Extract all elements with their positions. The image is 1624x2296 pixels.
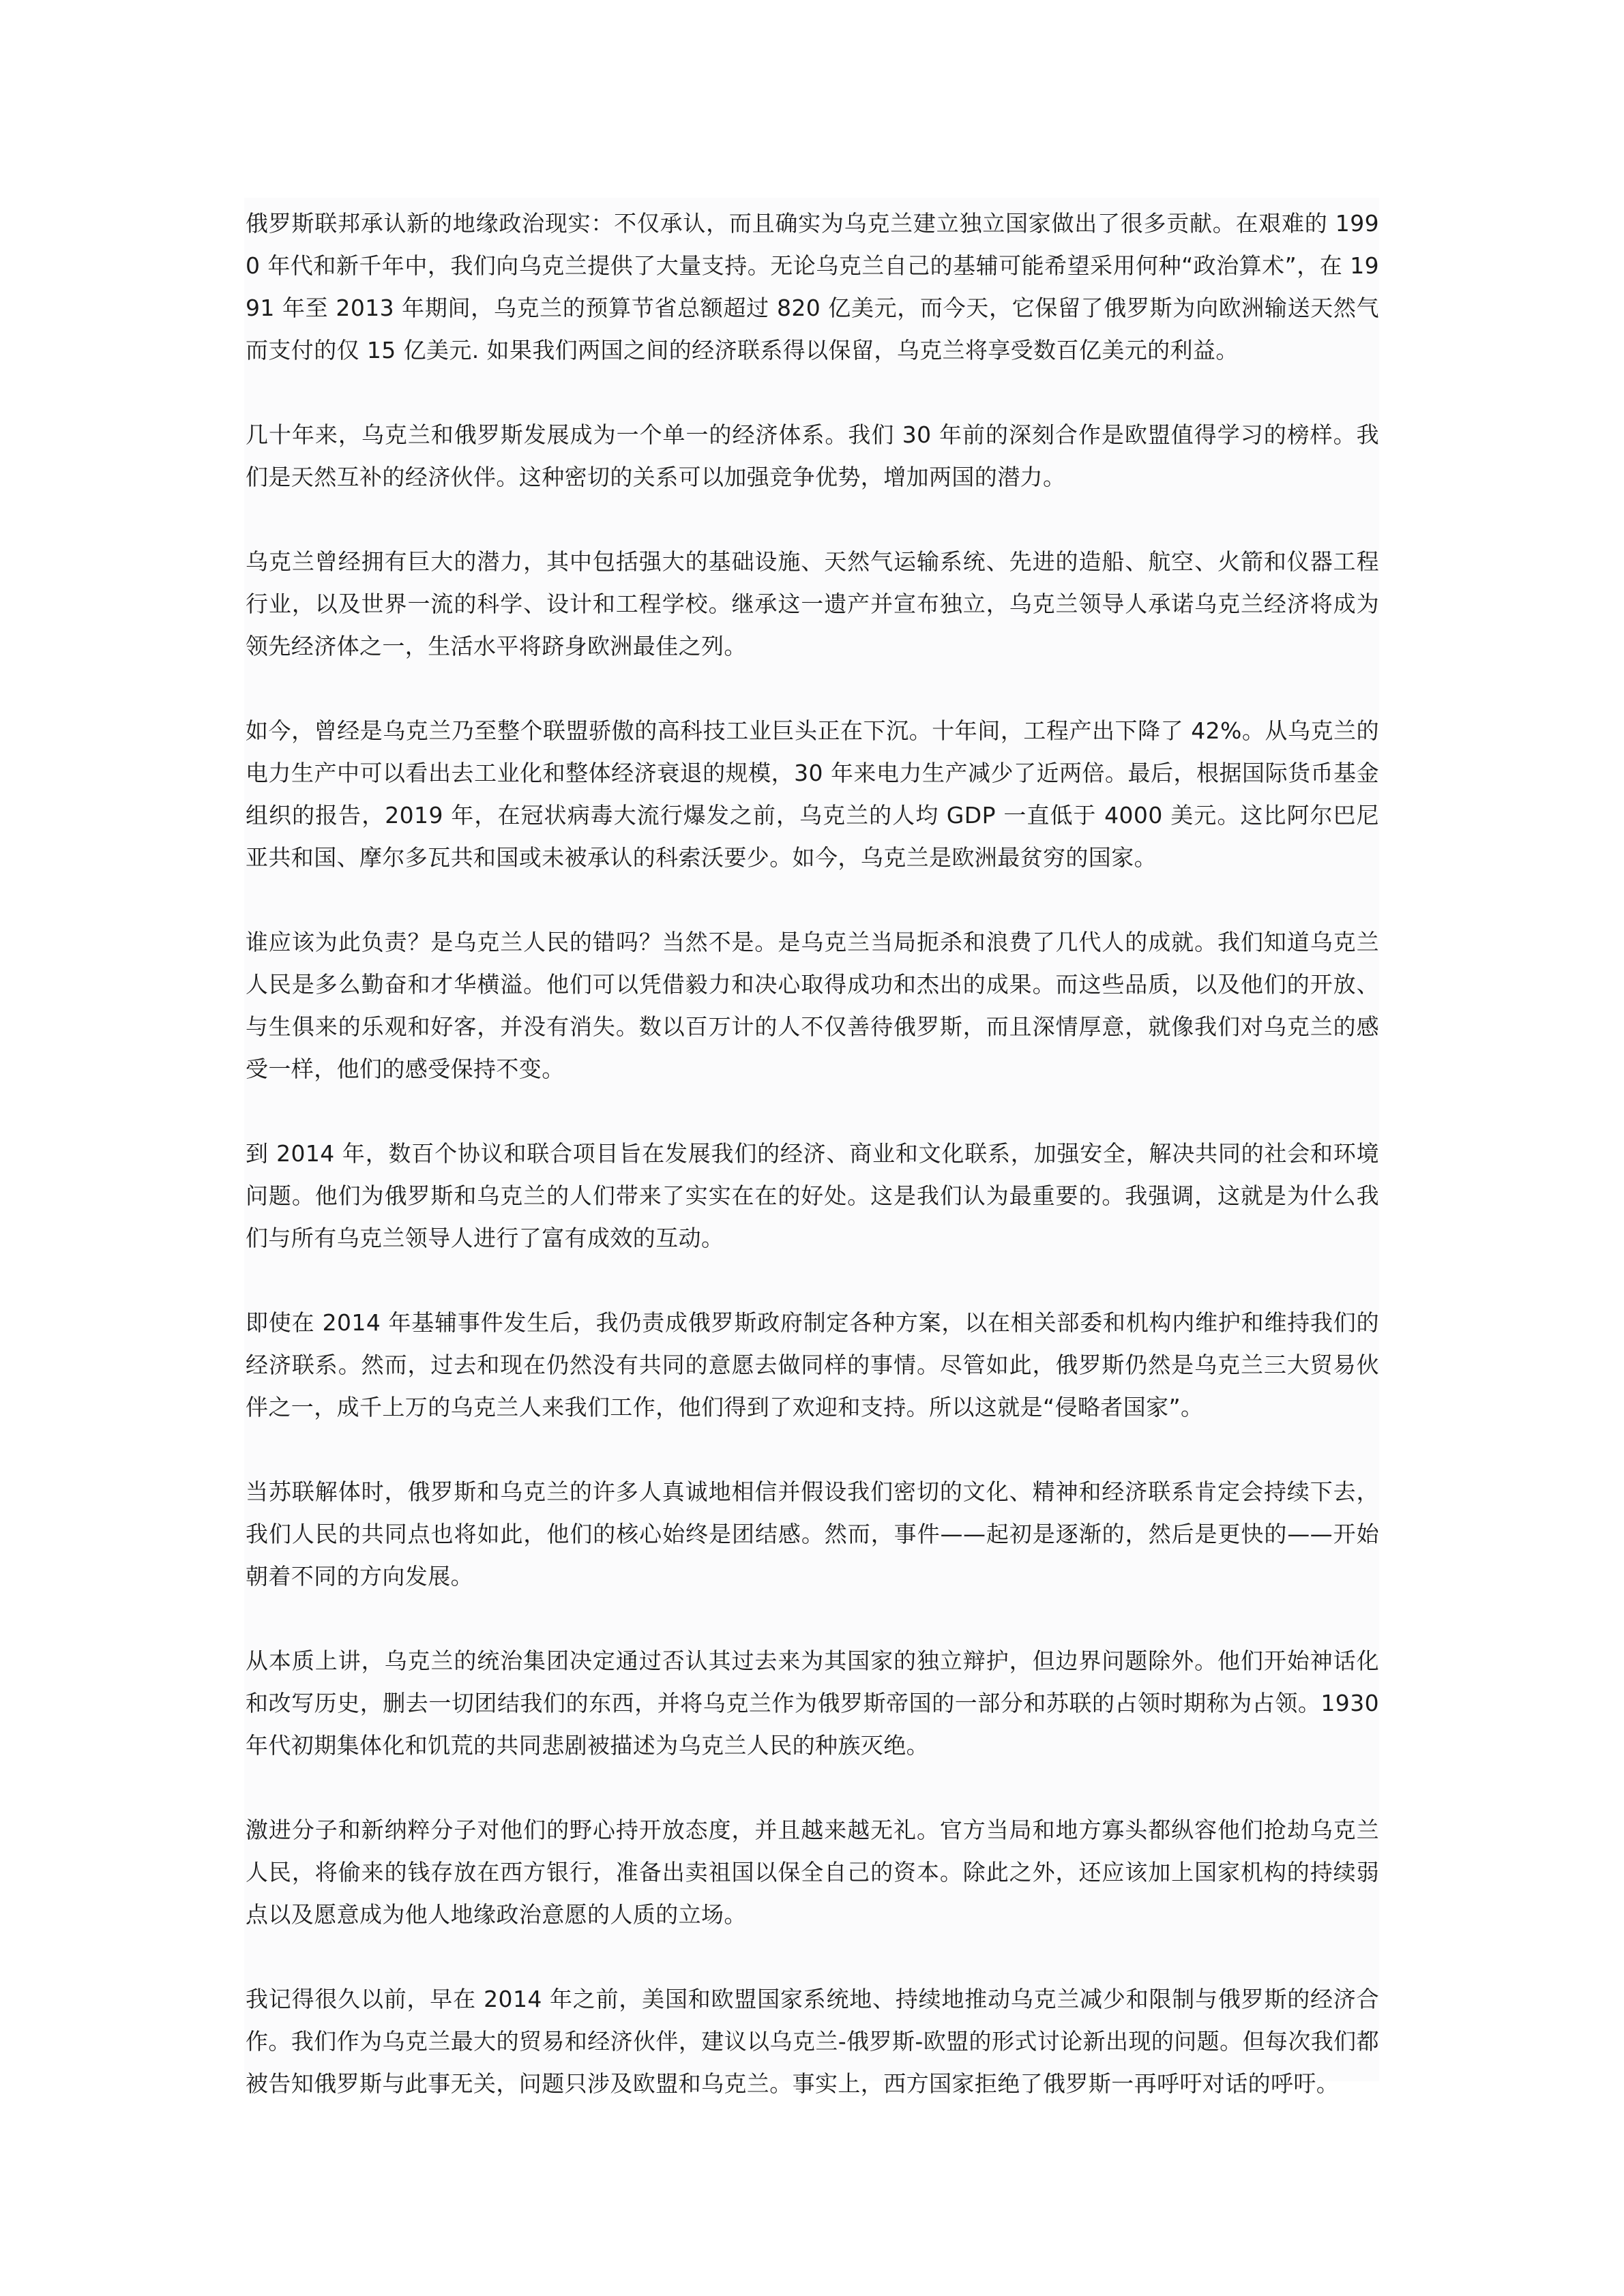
paragraph-11: 我记得很久以前，早在 2014 年之前，美国和欧盟国家系统地、持续地推动乌克兰减…	[246, 1978, 1379, 2105]
paragraph-5: 谁应该为此负责？是乌克兰人民的错吗？当然不是。是乌克兰当局扼杀和浪费了几代人的成…	[246, 921, 1379, 1090]
paragraph-3: 乌克兰曾经拥有巨大的潜力，其中包括强大的基础设施、天然气运输系统、先进的造船、航…	[246, 541, 1379, 668]
paragraph-6: 到 2014 年，数百个协议和联合项目旨在发展我们的经济、商业和文化联系，加强安…	[246, 1133, 1379, 1259]
paragraph-4: 如今，曾经是乌克兰乃至整个联盟骄傲的高科技工业巨头正在下沉。十年间，工程产出下降…	[246, 710, 1379, 879]
paragraph-8: 当苏联解体时，俄罗斯和乌克兰的许多人真诚地相信并假设我们密切的文化、精神和经济联…	[246, 1471, 1379, 1598]
document-page: 俄罗斯联邦承认新的地缘政治现实：不仅承认，而且确实为乌克兰建立独立国家做出了很多…	[0, 0, 1624, 2296]
paragraph-7: 即使在 2014 年基辅事件发生后，我仍责成俄罗斯政府制定各种方案，以在相关部委…	[246, 1302, 1379, 1429]
paragraph-10: 激进分子和新纳粹分子对他们的野心持开放态度，并且越来越无礼。官方当局和地方寡头都…	[246, 1809, 1379, 1936]
paragraph-2: 几十年来，乌克兰和俄罗斯发展成为一个单一的经济体系。我们 30 年前的深刻合作是…	[246, 414, 1379, 498]
paragraph-1: 俄罗斯联邦承认新的地缘政治现实：不仅承认，而且确实为乌克兰建立独立国家做出了很多…	[246, 203, 1379, 372]
paragraph-9: 从本质上讲，乌克兰的统治集团决定通过否认其过去来为其国家的独立辩护，但边界问题除…	[246, 1640, 1379, 1767]
article-body: 俄罗斯联邦承认新的地缘政治现实：不仅承认，而且确实为乌克兰建立独立国家做出了很多…	[246, 203, 1379, 2105]
